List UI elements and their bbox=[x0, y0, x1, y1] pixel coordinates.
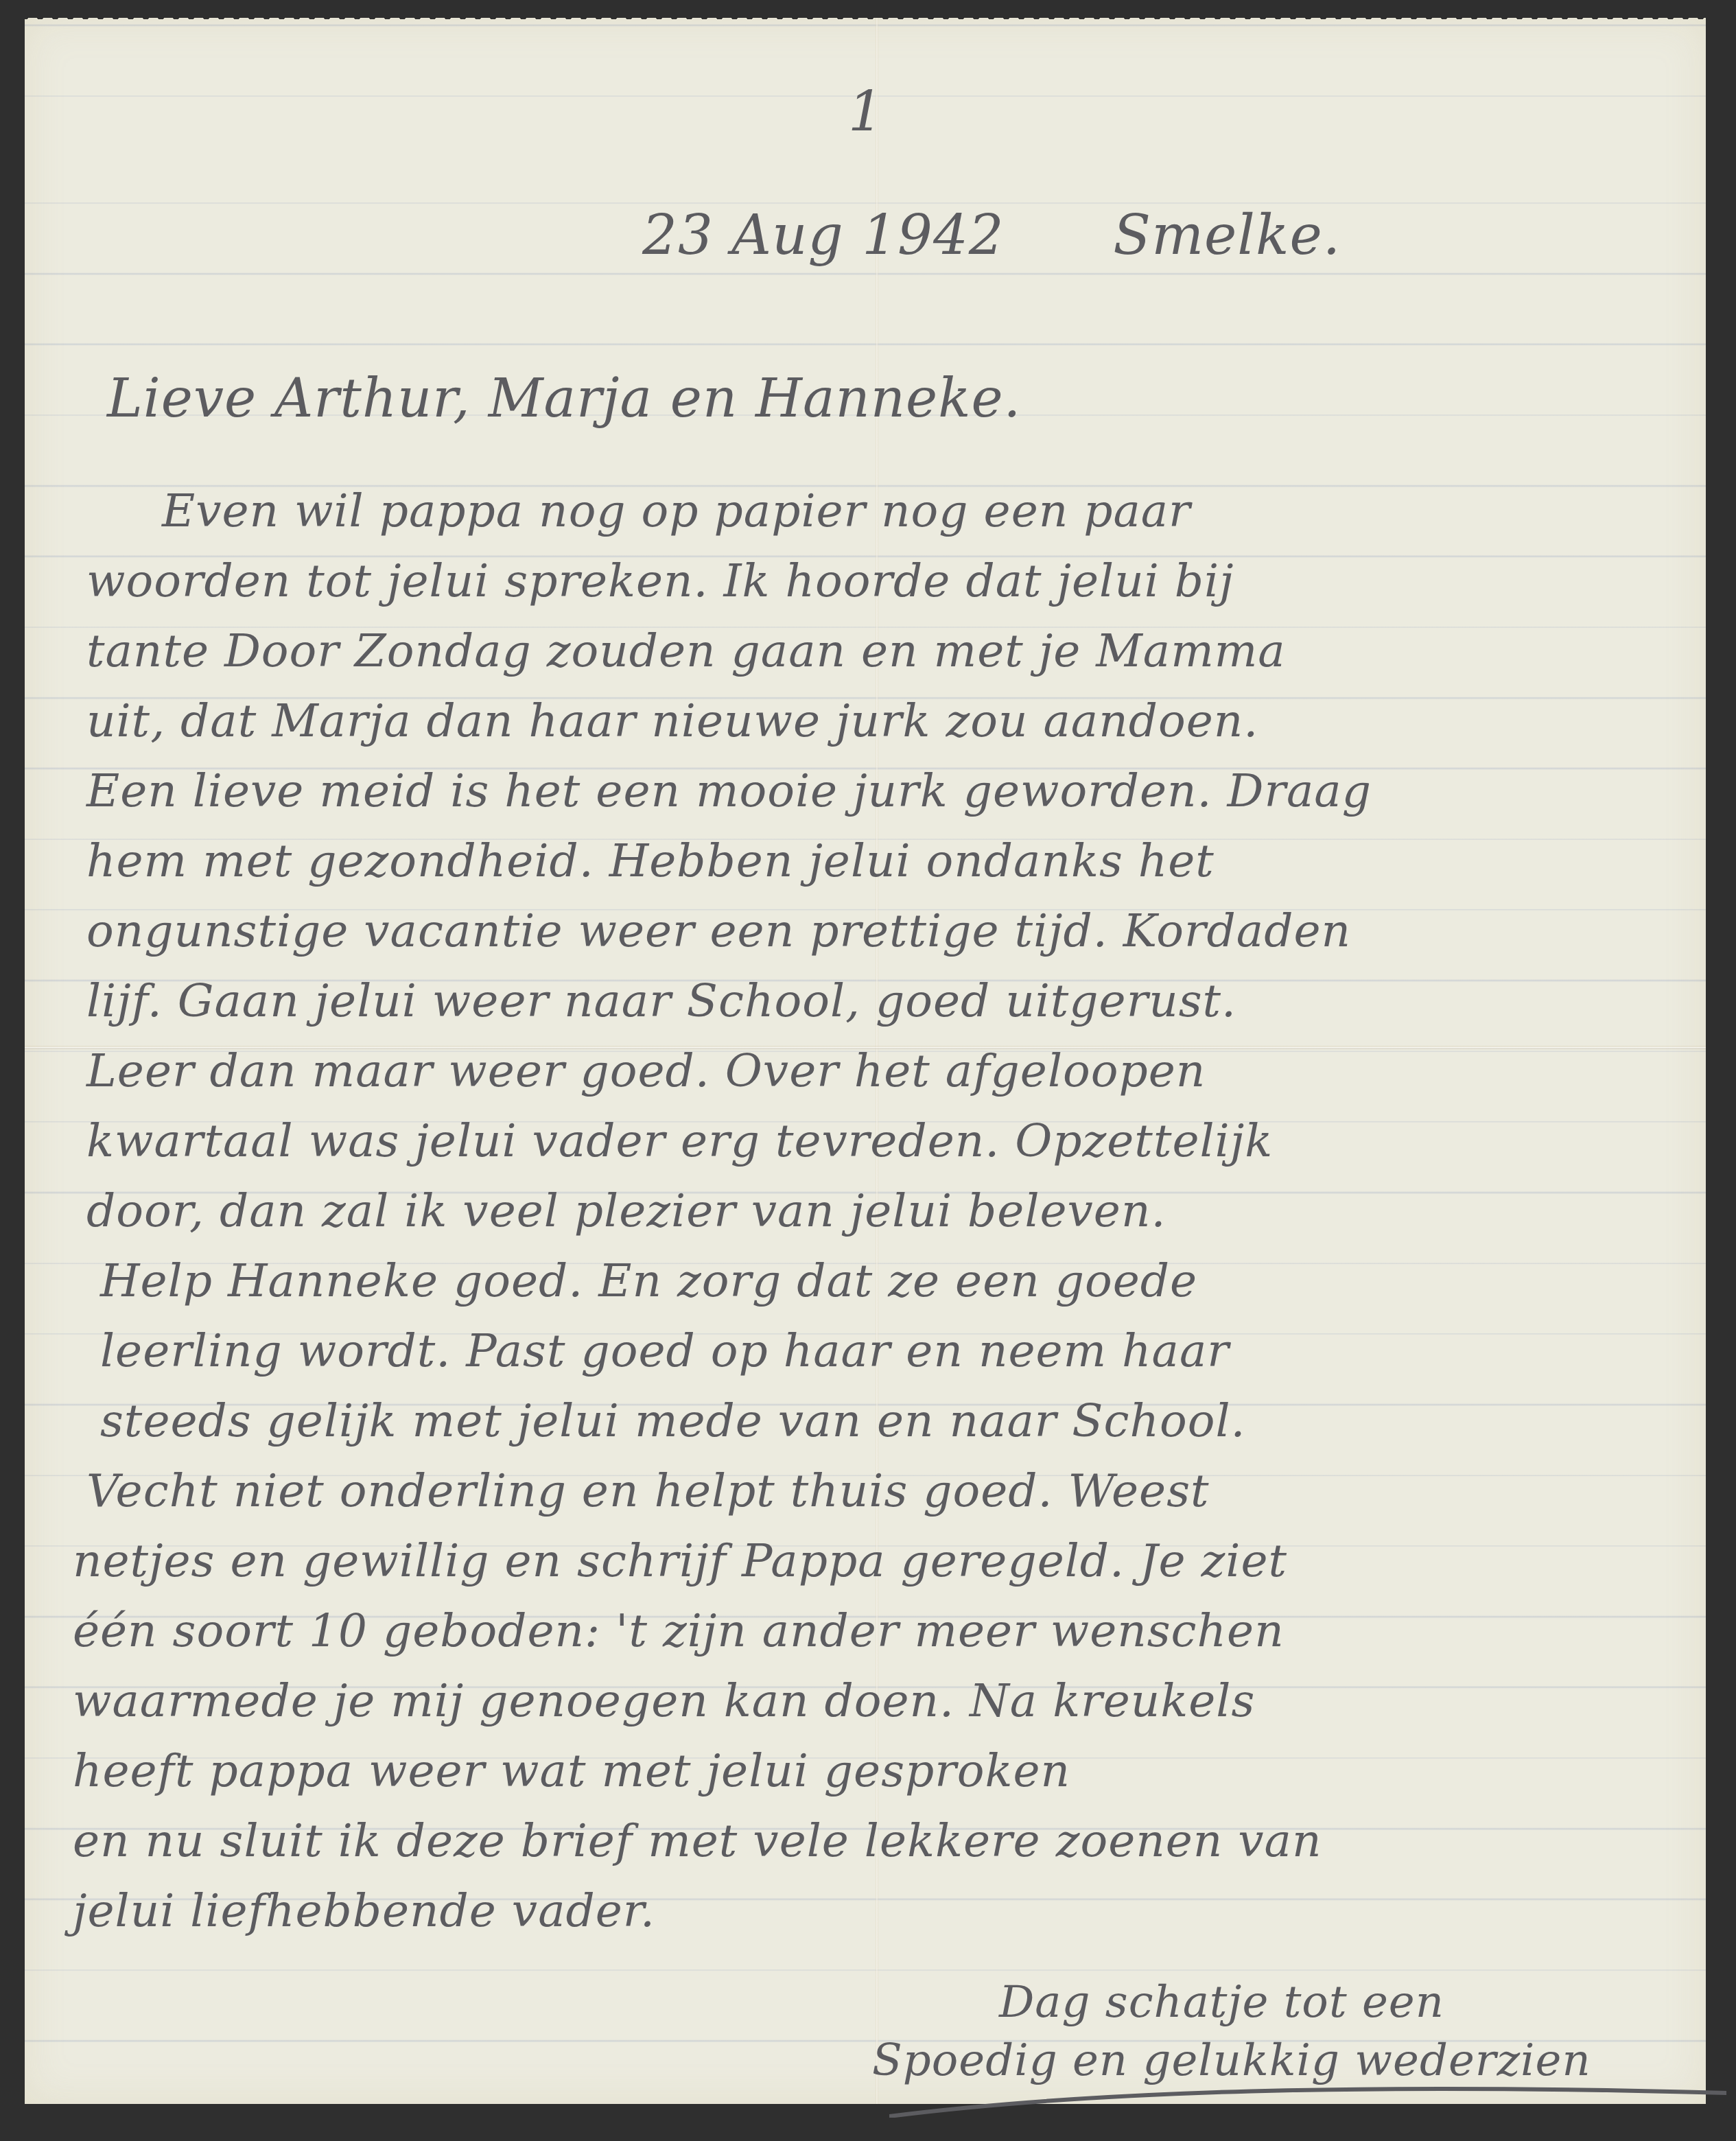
body-line: heeft pappa weer wat met jelui gesproken bbox=[73, 1744, 1070, 1797]
dateline: 23 Aug 1942 Smelke. bbox=[642, 203, 1341, 267]
body-line: steeds gelijk met jelui mede van en naar… bbox=[100, 1394, 1246, 1447]
body-line: jelui liefhebbende vader. bbox=[73, 1884, 655, 1937]
body-line: hem met gezondheid. Hebben jelui ondanks… bbox=[86, 834, 1215, 887]
body-line: Leer dan maar weer goed. Over het afgelo… bbox=[86, 1044, 1206, 1097]
body-line: waarmede je mij genoegen kan doen. Na kr… bbox=[73, 1674, 1255, 1727]
body-line: Even wil pappa nog op papier nog een paa… bbox=[162, 484, 1191, 537]
signature-flourish bbox=[889, 2083, 1726, 2118]
body-line: Een lieve meid is het een mooie jurk gew… bbox=[86, 764, 1372, 817]
letter-date: 23 Aug 1942 bbox=[642, 203, 1005, 267]
closing-line-2: Spoedig en gelukkig wederzien bbox=[872, 2035, 1591, 2086]
letter-place: Smelke. bbox=[1113, 203, 1341, 267]
body-line: lijf. Gaan jelui weer naar School, goed … bbox=[86, 974, 1236, 1027]
body-line: Vecht niet onderling en helpt thuis goed… bbox=[86, 1464, 1210, 1517]
body-line: leerling wordt. Past goed op haar en nee… bbox=[100, 1324, 1230, 1377]
body-line: tante Door Zondag zouden gaan en met je … bbox=[86, 624, 1286, 677]
body-line: één soort 10 geboden: 't zijn ander meer… bbox=[73, 1604, 1285, 1657]
page-number: 1 bbox=[848, 80, 884, 143]
body-line: netjes en gewillig en schrijf Pappa gere… bbox=[73, 1534, 1287, 1587]
letter-page: 1 23 Aug 1942 Smelke. Lieve Arthur, Marj… bbox=[25, 18, 1706, 2104]
body-line: woorden tot jelui spreken. Ik hoorde dat… bbox=[86, 554, 1234, 607]
body-line: door, dan zal ik veel plezier van jelui … bbox=[86, 1184, 1166, 1237]
serrated-edge bbox=[25, 8, 1706, 19]
salutation: Lieve Arthur, Marja en Hanneke. bbox=[107, 368, 1021, 430]
body-line: kwartaal was jelui vader erg tevreden. O… bbox=[86, 1114, 1273, 1167]
closing-line-1: Dag schatje tot een bbox=[999, 1977, 1444, 2028]
body-line: ongunstige vacantie weer een prettige ti… bbox=[86, 904, 1351, 957]
body-line: uit, dat Marja dan haar nieuwe jurk zou … bbox=[86, 694, 1258, 747]
body-line: Help Hanneke goed. En zorg dat ze een go… bbox=[100, 1254, 1197, 1307]
body-line: en nu sluit ik deze brief met vele lekke… bbox=[73, 1814, 1322, 1867]
